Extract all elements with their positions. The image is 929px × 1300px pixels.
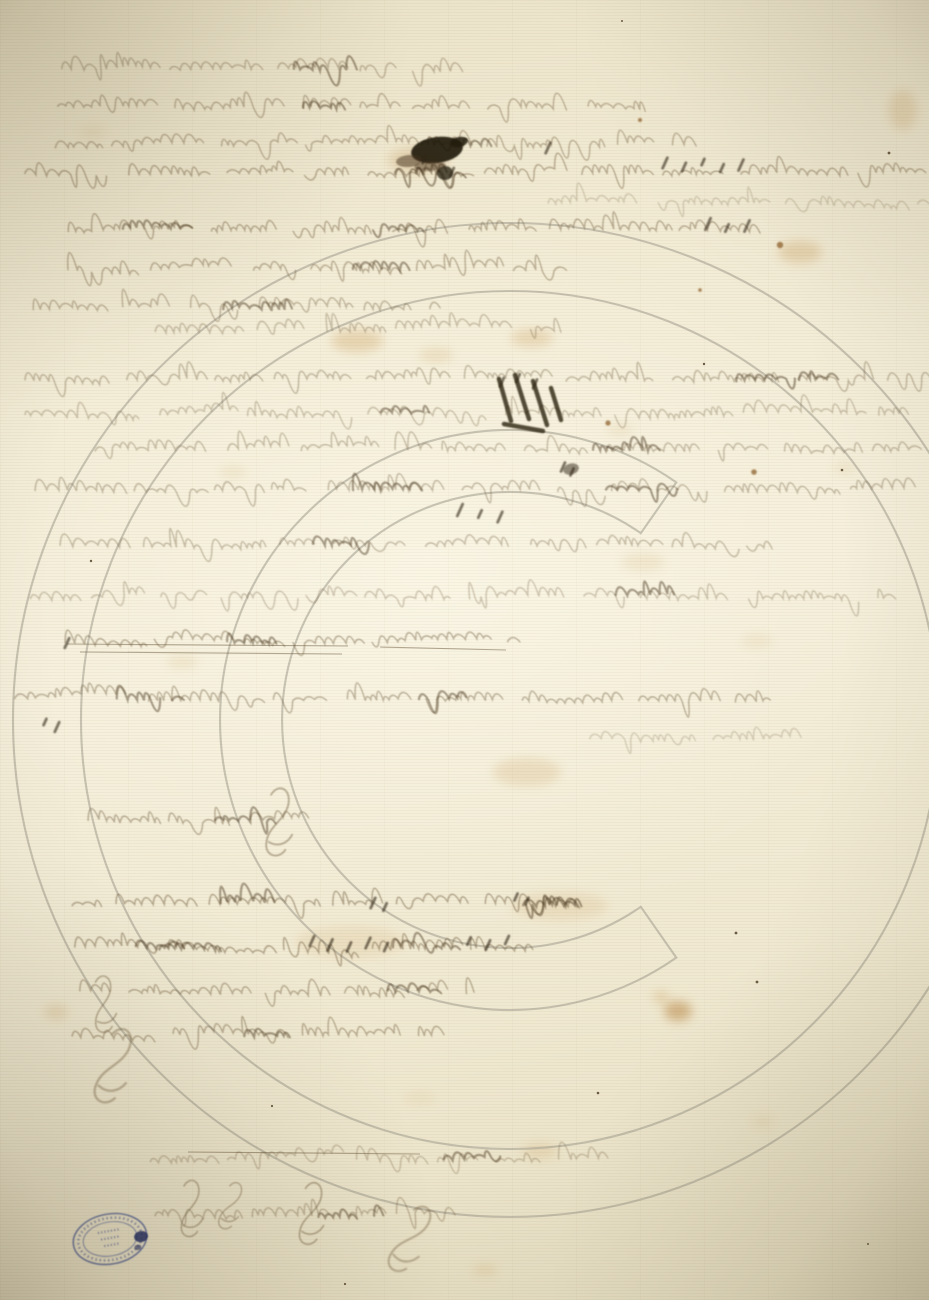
script-line xyxy=(77,978,476,1006)
manuscript-scan xyxy=(0,0,929,1300)
script-line xyxy=(69,1016,447,1049)
copyright-watermark xyxy=(13,223,929,1217)
script-line xyxy=(21,392,911,428)
script-line xyxy=(51,125,698,160)
script-line xyxy=(12,683,773,717)
oval-ink-stamp xyxy=(69,1208,152,1270)
script-line xyxy=(32,474,919,507)
handwriting-bleedthrough-layer xyxy=(12,53,929,1276)
script-line xyxy=(588,727,804,753)
script-line xyxy=(59,53,465,86)
script-line xyxy=(92,431,924,461)
script-line xyxy=(27,580,899,616)
script-line xyxy=(57,528,774,561)
script-line xyxy=(65,212,763,247)
script-line xyxy=(65,250,570,285)
script-line xyxy=(86,807,312,834)
script-line xyxy=(22,362,929,397)
script-line xyxy=(55,92,647,122)
manuscript-page xyxy=(0,0,929,1300)
script-line xyxy=(545,183,929,216)
collection-stamp xyxy=(69,1208,152,1270)
script-line xyxy=(21,153,928,188)
foxing-stain-layer xyxy=(44,90,917,1276)
script-line xyxy=(68,884,583,918)
